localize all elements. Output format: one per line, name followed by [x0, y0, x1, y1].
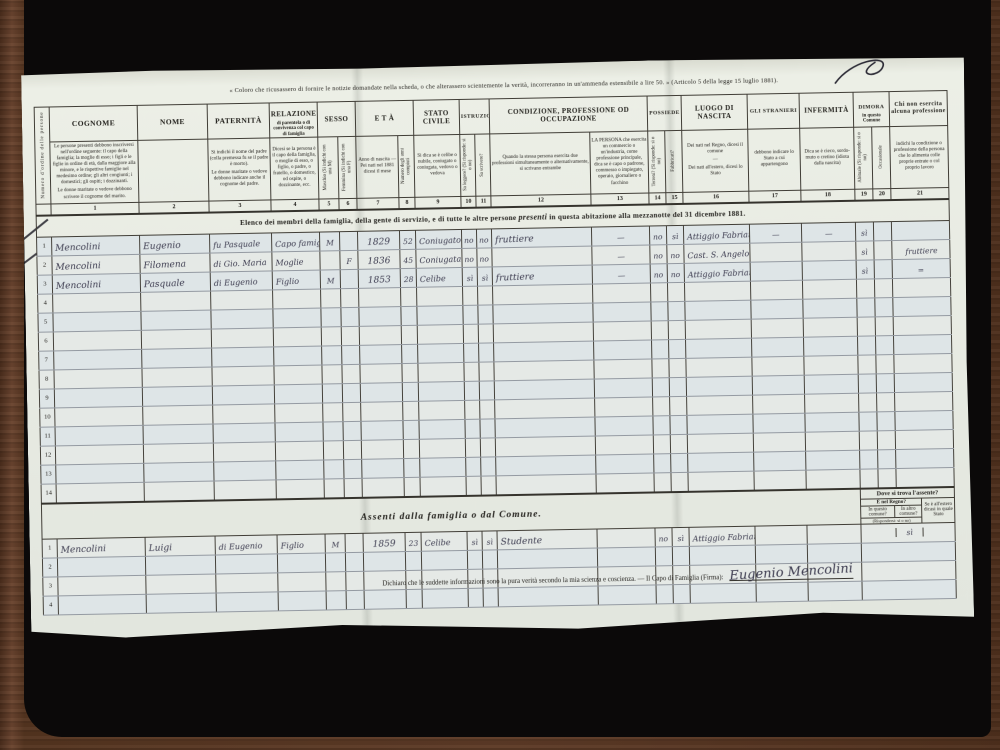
cell-luogo	[687, 414, 753, 434]
cell-anni	[406, 589, 422, 608]
column-number: 8	[399, 197, 415, 209]
cell-terreni	[651, 282, 668, 301]
cell-fabbricati	[672, 546, 689, 565]
row-number: 10	[40, 408, 55, 427]
cell-nome	[141, 310, 211, 330]
cell-persona	[595, 397, 653, 417]
cell-condizione	[496, 474, 596, 495]
cell-stato	[417, 324, 463, 344]
cell-luogo	[688, 452, 754, 472]
cell-legge	[465, 438, 480, 457]
cell-maschio	[323, 421, 343, 440]
cell-fabbricati: no	[667, 244, 684, 263]
cell-fabbricati: no	[667, 263, 684, 282]
cell-nome	[143, 443, 213, 463]
cell-infermita	[807, 524, 861, 544]
cell-relazione	[278, 591, 326, 611]
cell-infermita	[802, 241, 856, 261]
row-number: 1	[42, 539, 57, 558]
sa-leggere-subheader: Sa leggere? (Si risponde: sì o no)	[460, 134, 476, 196]
cell-fabbricati	[671, 472, 688, 492]
census-photo-scene: { "colors":{"paper":"#e9ebe3","ink":"#20…	[0, 0, 1000, 750]
cell-abituale	[858, 355, 876, 374]
cell-maschio	[323, 440, 343, 459]
cell-nome	[141, 329, 211, 349]
column-number	[36, 204, 51, 216]
cell-stranieri	[753, 394, 805, 414]
cell-relazione	[273, 308, 321, 328]
cell-stato: Coniugata	[416, 248, 462, 268]
col-chinon-header: Chi non esercita alcuna professione	[889, 91, 948, 127]
cell-luogo	[688, 471, 754, 492]
col-istruzione-header: ISTRUZIONE	[459, 99, 490, 134]
cell-femmina	[341, 307, 359, 326]
cell-scrive	[480, 400, 495, 419]
cell-fabbricati	[670, 396, 687, 415]
cell-persona	[594, 359, 652, 379]
row-number: 8	[39, 370, 54, 389]
column-number: 11	[476, 196, 491, 208]
la-persona-instructions: LA PERSONA che esercita un commercio o u…	[590, 131, 649, 194]
col-cognome-header: COGNOME	[49, 105, 138, 141]
cell-paternita	[214, 480, 276, 501]
cell-fabbricati	[668, 282, 685, 301]
cell-scrive	[479, 381, 494, 400]
cell-fabbricati: sì	[666, 225, 683, 244]
cell-condizione	[493, 303, 593, 324]
cell-legge: sì	[467, 531, 482, 550]
cell-chinon	[894, 353, 952, 373]
cell-maschio: M	[325, 533, 345, 552]
cell-infermita	[804, 374, 858, 394]
cell-infermita	[805, 431, 859, 451]
cell-stato	[420, 457, 466, 477]
cell-femmina	[341, 326, 359, 345]
cell-stranieri	[755, 544, 807, 564]
cell-paternita: fu Pasquale	[209, 233, 271, 253]
cell-stranieri	[754, 451, 806, 471]
cell-altro-comune	[896, 589, 924, 590]
cell-paternita	[213, 423, 275, 443]
cell-nome	[146, 593, 216, 613]
cell-legge: sì	[462, 267, 477, 286]
cell-cognome	[58, 575, 146, 596]
cell-femmina	[345, 533, 363, 552]
cell-terreni	[652, 358, 669, 377]
cell-anni: 28	[400, 268, 416, 287]
cell-terreni: no	[649, 225, 666, 244]
cell-terreni	[653, 415, 670, 434]
cell-paternita: di Gio. Maria	[210, 252, 272, 272]
cell-relazione	[274, 346, 322, 366]
column-number: 10	[461, 196, 476, 208]
cell-persona	[595, 435, 653, 455]
cell-anno	[361, 420, 403, 440]
cell-maschio	[324, 478, 344, 498]
column-number: 6	[339, 198, 357, 210]
cell-fabbricati	[668, 320, 685, 339]
paternita-instructions: Si indichi il nome del padre (colla prem…	[208, 138, 271, 201]
cell-persona	[598, 585, 656, 605]
cell-persona	[594, 340, 652, 360]
cell-anni	[404, 458, 420, 477]
row-number: 14	[41, 484, 56, 504]
col-dimora-header: DIMORAin questo Comune	[853, 92, 890, 127]
cell-terreni: no	[650, 263, 667, 282]
cell-fabbricati: sì	[672, 527, 689, 546]
cell-stato	[420, 476, 466, 496]
column-number: 5	[319, 198, 339, 210]
cell-anno: 1829	[357, 230, 399, 250]
relazione-instructions: Dicesi se la persona è il capo della fam…	[270, 137, 319, 200]
cell-luogo	[687, 395, 753, 415]
cell-cognome	[53, 292, 141, 313]
cell-anno	[359, 325, 401, 345]
cell-terreni	[656, 584, 673, 603]
cell-occasionale	[878, 449, 896, 468]
cell-anno	[364, 589, 406, 609]
cell-luogo	[686, 376, 752, 396]
cell-luogo: Attiggio Fabriano	[689, 526, 755, 546]
cell-paternita	[212, 366, 274, 386]
cell-chinon	[895, 410, 953, 430]
cell-luogo	[685, 281, 751, 301]
cell-abituale	[858, 336, 876, 355]
cell-femmina	[344, 459, 362, 478]
cell-abituale	[858, 374, 876, 393]
cell-stato	[422, 588, 468, 608]
cell-relazione	[277, 553, 325, 573]
cell-abituale: sì	[856, 260, 874, 279]
cell-cognome: Mencolini	[52, 273, 140, 294]
cell-femmina	[346, 571, 364, 590]
row-number: 6	[38, 332, 53, 351]
cell-paternita	[212, 347, 274, 367]
cell-legge	[465, 419, 480, 438]
rispondersi-note: (Rispondersi: sì o no)	[861, 516, 921, 523]
cell-stato	[419, 438, 465, 458]
cell-anno	[360, 382, 402, 402]
chinon-instructions: indichi la condizione o professione dell…	[890, 125, 949, 188]
cell-legge	[464, 381, 479, 400]
column-number: 9	[415, 196, 461, 208]
cell-stato: Celibe	[416, 267, 462, 287]
cell-femmina	[342, 364, 360, 383]
cell-occasionale	[875, 316, 893, 335]
whereabouts-box: Dove si trova l'assente? È nel Regno? In…	[860, 487, 955, 524]
cell-legge	[464, 362, 479, 381]
cell-stranieri	[751, 318, 803, 338]
anni-compiuti-subheader: Numero degli anni compiuti	[398, 135, 415, 197]
cell-estero	[924, 589, 956, 590]
cell-abituale	[857, 317, 875, 336]
cell-femmina	[343, 440, 361, 459]
cell-condizione	[493, 284, 593, 305]
cell-anni: 45	[400, 249, 416, 268]
cell-maschio: M	[319, 231, 339, 250]
cell-chinon	[895, 391, 953, 411]
cell-terreni: no	[650, 244, 667, 263]
cell-paternita	[215, 554, 277, 574]
cell-condizione	[494, 341, 594, 362]
column-number: 19	[855, 189, 873, 201]
cell-paternita	[216, 592, 278, 612]
cell-luogo	[686, 338, 752, 358]
cell-paternita	[216, 573, 278, 593]
cell-infermita	[803, 317, 857, 337]
cell-chinon	[894, 372, 952, 392]
cell-condizione	[495, 417, 595, 438]
condizione-instructions: Quando la stessa persona esercita due pr…	[490, 132, 591, 196]
cell-maschio	[326, 571, 346, 590]
cell-fabbricati	[669, 377, 686, 396]
cell-anno: 1853	[358, 268, 400, 288]
cognome-instructions: Le persone presenti debbono inscriversi …	[50, 140, 139, 203]
cell-luogo: Attiggio Fabriano	[684, 262, 750, 282]
abituale-subheader: Abituale (Si risponde: sì o no)	[854, 127, 873, 189]
cell-cognome	[58, 594, 146, 615]
cell-condizione	[498, 586, 598, 607]
cell-scrive	[483, 587, 498, 606]
cell-nome	[146, 574, 216, 594]
cell-stranieri	[756, 582, 808, 602]
cell-anno	[361, 401, 403, 421]
cell-fabbricati	[668, 301, 685, 320]
cell-relazione: Capo famiglia	[271, 232, 319, 252]
cell-infermita	[804, 336, 858, 356]
signature-line: Eugenio Mencolini	[729, 565, 853, 581]
cell-stato	[419, 419, 465, 439]
cell-femmina	[342, 345, 360, 364]
cell-condizione: Studente	[497, 529, 597, 550]
col-nome-header: NOME	[137, 104, 208, 140]
cell-persona	[596, 454, 654, 474]
cell-abituale	[860, 469, 878, 489]
cell-scrive	[478, 305, 493, 324]
cell-condizione	[497, 548, 597, 569]
cell-estero	[924, 570, 956, 571]
cell-cognome	[55, 425, 143, 446]
cell-infermita: —	[801, 222, 855, 242]
cell-maschio	[321, 288, 341, 307]
cell-stato	[418, 343, 464, 363]
col-paternita-header: PATERNITÀ	[207, 103, 270, 139]
cell-scrive: no	[477, 248, 492, 267]
cell-infermita	[803, 298, 857, 318]
column-number: 15	[666, 192, 683, 204]
cell-nome	[142, 348, 212, 368]
cell-stranieri: —	[749, 223, 801, 243]
column-number: 18	[801, 189, 855, 201]
cell-legge	[464, 343, 479, 362]
cell-paternita	[212, 385, 274, 405]
cell-anno	[360, 344, 402, 364]
cell-relazione: Moglie	[272, 251, 320, 271]
cell-cognome	[57, 556, 145, 577]
cell-nome	[143, 424, 213, 444]
cell-infermita	[808, 581, 862, 601]
cell-terreni	[653, 396, 670, 415]
cell-legge: no	[461, 229, 476, 248]
cell-stranieri	[753, 432, 805, 452]
cell-occasionale	[874, 259, 892, 278]
cell-anni	[404, 477, 420, 497]
cell-nome	[144, 462, 214, 482]
cell-condizione: fruttiere	[491, 227, 591, 248]
cell-paternita	[211, 290, 273, 310]
col-sesso-header: SESSO	[317, 101, 356, 136]
column-number: 20	[873, 188, 891, 200]
cell-occasionale	[875, 297, 893, 316]
cell-occasionale	[876, 335, 894, 354]
cell-nome	[145, 555, 215, 575]
cell-legge	[463, 305, 478, 324]
cell-chinon	[896, 448, 954, 468]
cell-relazione	[275, 441, 323, 461]
cell-questo-comune	[863, 590, 896, 591]
cell-persona	[595, 416, 653, 436]
cell-chinon: fruttiere	[892, 239, 950, 259]
cell-legge	[465, 400, 480, 419]
cell-condizione	[495, 436, 595, 457]
cell-scrive	[479, 343, 494, 362]
cell-occasionale	[874, 278, 892, 297]
cell-occasionale	[878, 468, 896, 488]
cell-relazione	[276, 479, 324, 499]
cell-anni	[403, 401, 419, 420]
cell-terreni	[655, 546, 672, 565]
occasionale-subheader: Occasionale	[872, 126, 891, 188]
cell-cognome	[55, 444, 143, 465]
cell-maschio	[321, 326, 341, 345]
cell-whereabouts	[861, 541, 955, 562]
cell-chinon: =	[892, 258, 950, 278]
cell-abituale	[860, 450, 878, 469]
cell-relazione	[273, 289, 321, 309]
cell-legge	[466, 476, 481, 496]
column-number: 17	[749, 190, 801, 202]
cell-infermita	[802, 260, 856, 280]
cell-abituale	[857, 298, 875, 317]
cell-occasionale	[876, 354, 894, 373]
cell-occasionale	[876, 373, 894, 392]
cell-legge	[466, 457, 481, 476]
cell-fabbricati	[670, 415, 687, 434]
cell-stranieri	[752, 337, 804, 357]
cell-cognome	[56, 463, 144, 484]
cell-anni: 23	[405, 532, 421, 551]
cell-abituale	[859, 412, 877, 431]
cell-stato	[418, 381, 464, 401]
cell-femmina	[345, 552, 363, 571]
cell-whereabouts	[862, 579, 956, 600]
cell-anni	[401, 287, 417, 306]
cell-scrive	[482, 549, 497, 568]
col-infermita-header: INFERMITÀ	[799, 92, 854, 128]
cell-infermita	[806, 469, 860, 489]
cell-abituale	[856, 279, 874, 298]
cell-persona	[597, 528, 655, 548]
cell-chinon	[894, 334, 952, 354]
cell-infermita	[806, 450, 860, 470]
cell-persona	[593, 283, 651, 303]
cell-legge	[467, 550, 482, 569]
cell-occasionale	[877, 430, 895, 449]
stato-instructions: Si dica se è celibe o nubile, coniugato …	[414, 134, 461, 197]
cell-anni	[403, 439, 419, 458]
column-number: 14	[649, 192, 666, 204]
cell-luogo: Cast. S. Angelo	[684, 243, 750, 263]
cell-stato	[419, 400, 465, 420]
cell-stato	[417, 305, 463, 325]
cell-whereabouts	[862, 560, 956, 581]
cell-stranieri	[751, 299, 803, 319]
cell-scrive: sì	[482, 530, 497, 549]
cell-relazione	[274, 365, 322, 385]
col-possiede-header: POSSIEDE	[647, 95, 682, 130]
cell-maschio	[326, 590, 346, 609]
cell-cognome	[54, 368, 142, 389]
row-number: 5	[38, 313, 53, 332]
cell-paternita	[213, 442, 275, 462]
cell-anno	[362, 477, 404, 497]
cell-fabbricati	[673, 584, 690, 603]
femmina-subheader: Femmina (Si indichi con una F)	[338, 136, 357, 198]
cell-anni	[403, 420, 419, 439]
cell-legge	[463, 286, 478, 305]
cell-abituale: sì	[856, 241, 874, 260]
cell-anno	[360, 363, 402, 383]
cell-scrive	[481, 457, 496, 476]
cell-questo-comune	[862, 552, 895, 553]
column-number: 4	[271, 199, 319, 211]
cell-condizione	[495, 398, 595, 419]
cell-anno: 1836	[358, 249, 400, 269]
cell-persona	[594, 378, 652, 398]
cell-anni	[402, 363, 418, 382]
cell-persona	[593, 302, 651, 322]
cell-questo-comune	[862, 571, 895, 572]
cell-terreni: no	[655, 527, 672, 546]
cell-persona	[597, 547, 655, 567]
cell-relazione: Figlio	[277, 534, 325, 554]
cell-chinon	[895, 429, 953, 449]
cell-fabbricati	[671, 453, 688, 472]
cell-femmina	[341, 288, 359, 307]
cell-femmina: F	[340, 250, 358, 269]
cell-stranieri	[753, 413, 805, 433]
maschio-subheader: Maschio (Si indichi con una M)	[318, 137, 339, 199]
cell-anni	[401, 306, 417, 325]
cell-relazione: Figlio	[272, 270, 320, 290]
cell-terreni	[654, 472, 671, 492]
cell-cognome: Mencolini	[57, 537, 145, 558]
cell-terreni	[652, 339, 669, 358]
cell-terreni	[654, 453, 671, 472]
cell-fabbricati	[670, 434, 687, 453]
cell-fabbricati	[669, 339, 686, 358]
cell-occasionale	[874, 240, 892, 259]
row-number: 13	[41, 465, 56, 484]
cell-estero	[923, 551, 955, 552]
cell-anni: 52	[399, 230, 415, 249]
row-number: 11	[40, 427, 55, 446]
census-table: Numero d'ordine delle persone COGNOME NO…	[34, 90, 957, 615]
cell-infermita	[803, 279, 857, 299]
cell-altro-comune	[896, 570, 924, 571]
estero-header: Se è all'estero dicasi in quale Stato	[922, 498, 954, 523]
cell-anni	[405, 551, 421, 570]
